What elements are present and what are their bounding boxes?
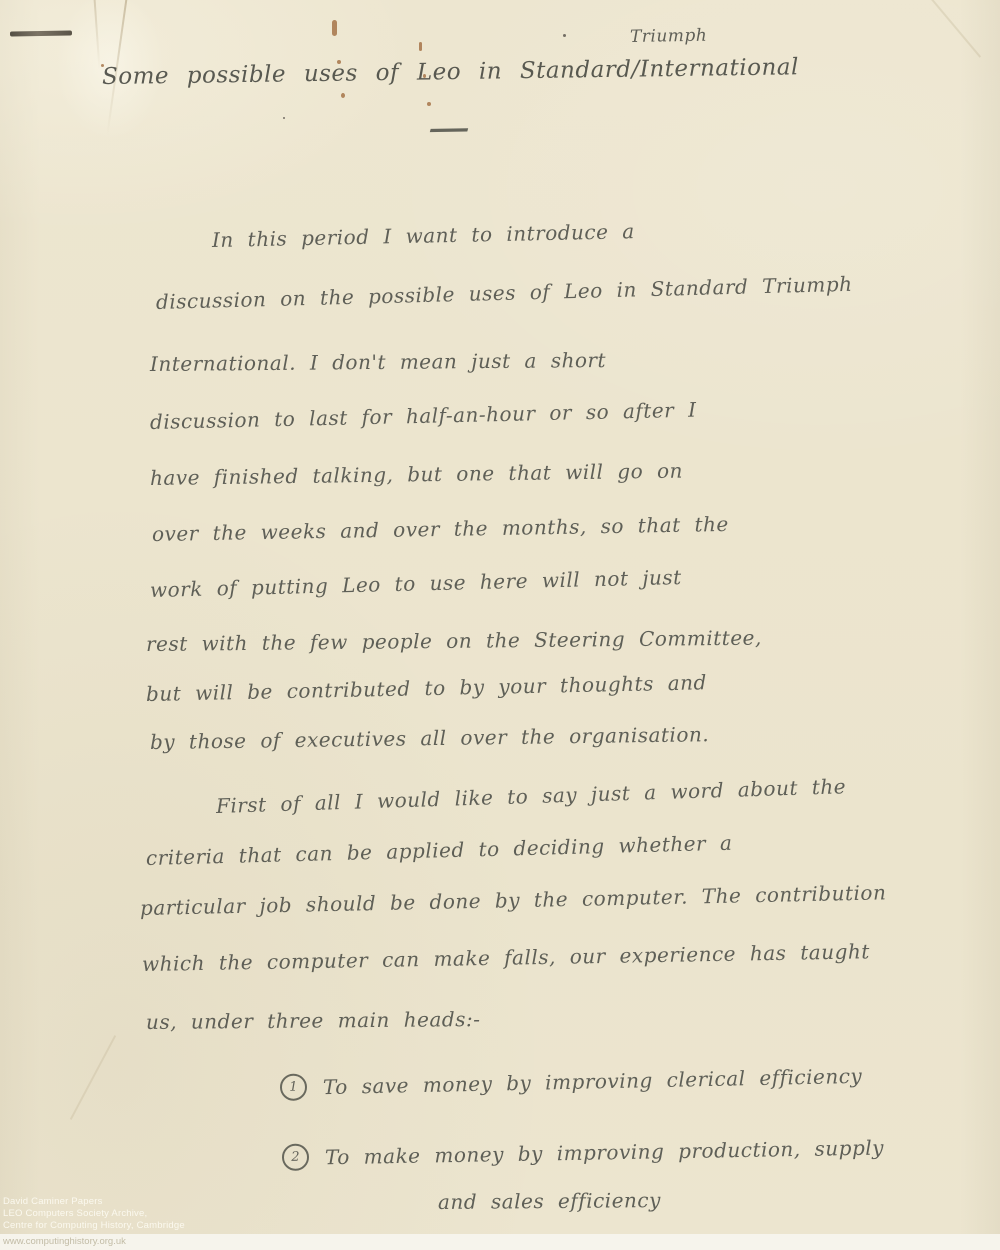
watermark-line: David Caminer Papers [3, 1196, 185, 1208]
list-item-text-continued: and sales efficiency [438, 1188, 661, 1214]
manuscript-line: criteria that can be applied to deciding… [146, 831, 733, 870]
manuscript-line: First of all I would like to say just a … [216, 774, 847, 818]
manuscript-line: work of putting Leo to use here will not… [150, 565, 682, 602]
manuscript-line: over the weeks and over the months, so t… [152, 512, 729, 546]
manuscript-line: rest with the few people on the Steering… [146, 626, 762, 656]
manuscript-line: which the computer can make falls, our e… [142, 939, 870, 976]
list-item-text: To save money by improving clerical effi… [323, 1063, 863, 1098]
ink-speck [283, 117, 285, 119]
manuscript-line: have finished talking, but one that will… [150, 459, 683, 490]
manuscript-line: but will be contributed to by your thoug… [146, 670, 707, 706]
manuscript-line: In this period I want to introduce a [212, 219, 635, 252]
scan-bottom-strip: www.computinghistory.org.uk [0, 1234, 1000, 1250]
corner-crease [70, 1035, 116, 1120]
list-item-text: To make money by improving production, s… [325, 1135, 884, 1169]
manuscript-line: by those of executives all over the orga… [150, 722, 709, 754]
page-title: Some possible uses of Leo in Standard/In… [102, 54, 799, 90]
circled-number: 2 [282, 1144, 309, 1171]
rust-spot [341, 93, 345, 98]
archive-watermark: David Caminer Papers LEO Computers Socie… [3, 1196, 185, 1232]
manuscript-line: International. I don't mean just a short [150, 348, 606, 376]
watermark-line: Centre for Computing History, Cambridge [3, 1220, 185, 1232]
watermark-url: www.computinghistory.org.uk [3, 1236, 126, 1247]
ink-speck [563, 34, 566, 37]
rust-spot [427, 102, 431, 106]
circled-number: 1 [280, 1073, 308, 1101]
manuscript-line: discussion to last for half-an-hour or s… [150, 398, 697, 434]
manuscript-line: particular job should be done by the com… [140, 880, 887, 920]
manuscript-line: discussion on the possible uses of Leo i… [156, 272, 853, 314]
corner-crease [925, 0, 981, 58]
rust-spot [419, 42, 422, 51]
manuscript-line: us, under three main heads:- [146, 1007, 481, 1034]
rust-spot [332, 20, 337, 36]
divider-dash: — [428, 111, 471, 145]
manuscript-page: Triumph Some possible uses of Leo in Sta… [0, 0, 1000, 1250]
title-insertion-word: Triumph [630, 26, 708, 47]
watermark-line: LEO Computers Society Archive, [3, 1208, 185, 1220]
list-item: 2 To make money by improving production,… [282, 1133, 884, 1171]
list-item: 1 To save money by improving clerical ef… [280, 1062, 863, 1101]
